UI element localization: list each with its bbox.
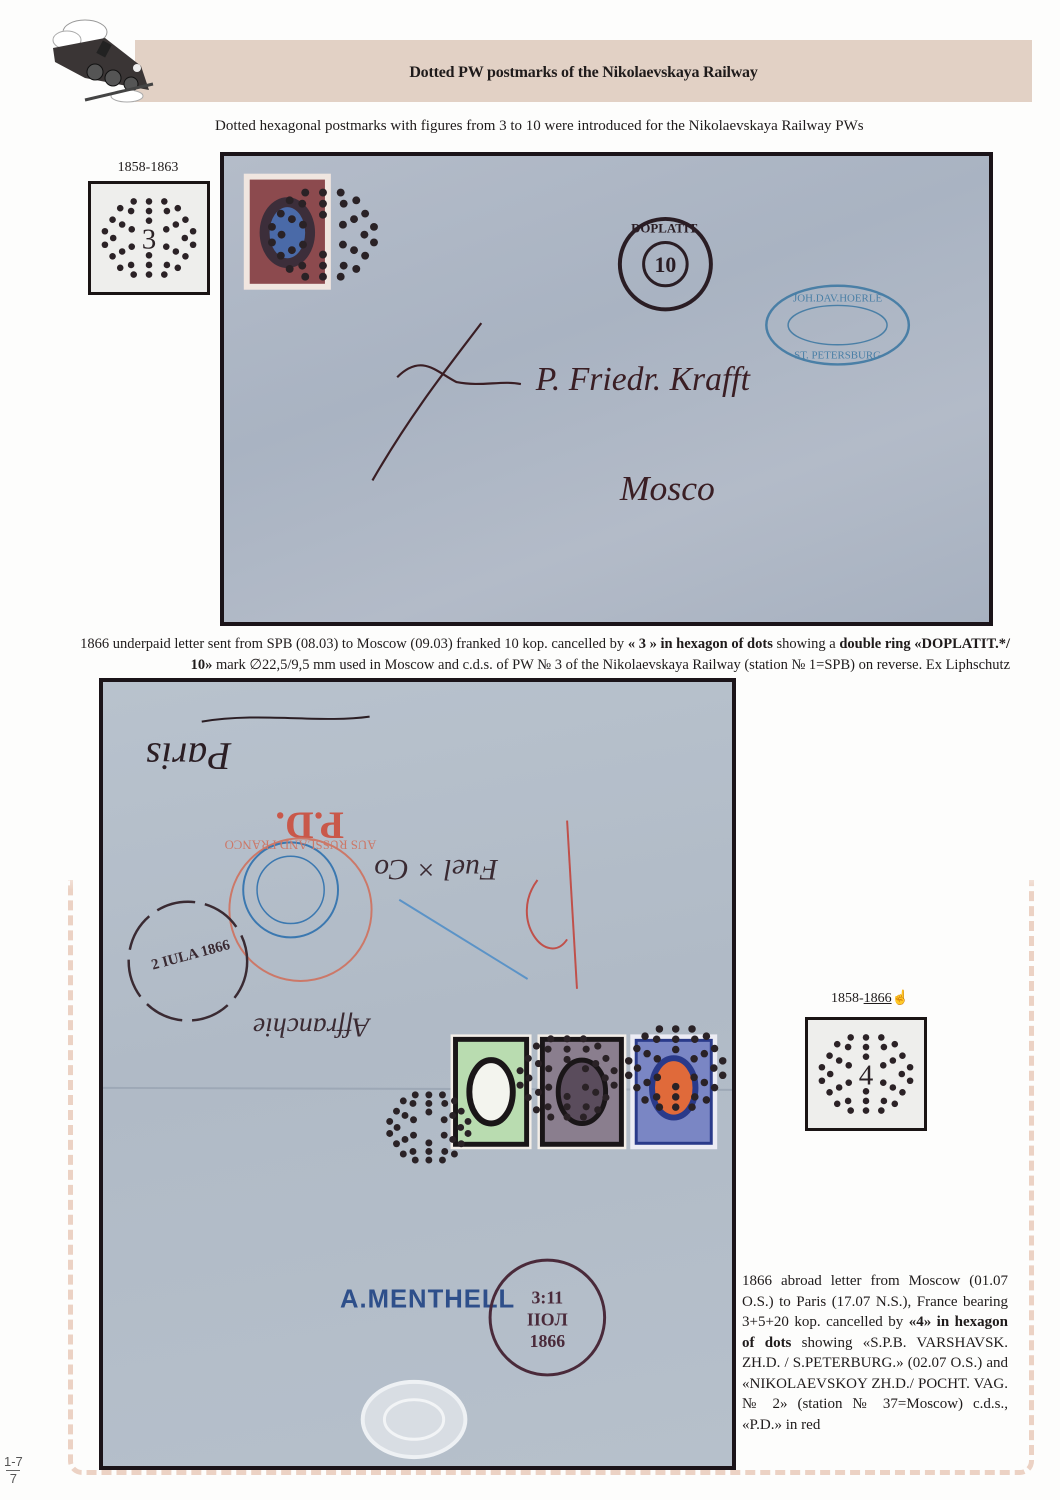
svg-text:Paris: Paris bbox=[146, 734, 233, 778]
stamp-3-kop bbox=[451, 1034, 532, 1149]
pencil-page-mark: 1-7 7 bbox=[4, 1455, 23, 1486]
handwritten-address bbox=[372, 323, 520, 480]
postmark-4-period: 1858-1866☝ bbox=[805, 990, 935, 1007]
svg-text:3:11: 3:11 bbox=[532, 1288, 564, 1308]
svg-text:AUS RUSSLAND FRANCO: AUS RUSSLAND FRANCO bbox=[225, 837, 377, 851]
svg-text:4: 4 bbox=[859, 1060, 874, 1092]
svg-text:ST. PETERSBURG: ST. PETERSBURG bbox=[794, 350, 881, 362]
svg-text:2 IULA 1866: 2 IULA 1866 bbox=[150, 937, 232, 973]
varshavsk-cds: 2 IULA 1866 bbox=[129, 902, 247, 1021]
svg-text:A.MENTHELL: A.MENTHELL bbox=[340, 1286, 515, 1314]
stamp-5-kop bbox=[537, 1034, 626, 1149]
nikolaevskoy-railway-cds: 3:11 IIOЛ 1866 bbox=[490, 1260, 605, 1375]
dotted-hexagon-icon: 3 bbox=[91, 184, 207, 292]
pointing-finger-icon: ☝ bbox=[892, 991, 909, 1006]
svg-text:P. Friedr. Krafft: P. Friedr. Krafft bbox=[535, 361, 751, 398]
steam-locomotive-icon bbox=[45, 12, 157, 106]
oval-company-stamp: JOH.DAV.HOERLE ST. PETERSBURG bbox=[766, 286, 909, 365]
doplatit-postmark: 10 DOPLATIT. bbox=[620, 219, 711, 309]
hexagon-postmark-4: 4 bbox=[805, 1017, 927, 1131]
intro-text: Dotted hexagonal postmarks with figures … bbox=[215, 118, 864, 135]
svg-text:1866: 1866 bbox=[530, 1331, 566, 1351]
page-title: Dotted PW postmarks of the Nikolaevskaya… bbox=[135, 64, 1032, 82]
svg-text:Mosco: Mosco bbox=[619, 468, 715, 508]
cover-2-image: Paris P.D. AUS RUSSLAND FRANCO 2 IULA 18… bbox=[99, 678, 736, 1470]
svg-text:IIOЛ: IIOЛ bbox=[527, 1309, 568, 1329]
stamp-10-kop bbox=[244, 174, 331, 290]
hexagon-postmark-3: 3 bbox=[88, 181, 210, 295]
svg-text:DOPLATIT.: DOPLATIT. bbox=[631, 222, 699, 236]
svg-text:Fuel × Co: Fuel × Co bbox=[374, 853, 499, 885]
postmark-3-period: 1858-1863 bbox=[83, 160, 213, 176]
cover-1-image: 10 DOPLATIT. JOH.DAV.HOERLE ST. PETERSBU… bbox=[220, 152, 993, 626]
svg-text:JOH.DAV.HOERLE: JOH.DAV.HOERLE bbox=[793, 293, 882, 305]
dotted-hexagon-icon: 4 bbox=[808, 1020, 924, 1128]
svg-text:3: 3 bbox=[142, 224, 157, 256]
svg-text:Affranchie: Affranchie bbox=[253, 1013, 372, 1044]
cover-2-caption: 1866 abroad letter from Moscow (01.07 O.… bbox=[742, 1271, 1008, 1435]
svg-text:10: 10 bbox=[655, 253, 677, 277]
cover-1-caption: 1866 underpaid letter sent from SPB (08.… bbox=[70, 634, 1010, 676]
